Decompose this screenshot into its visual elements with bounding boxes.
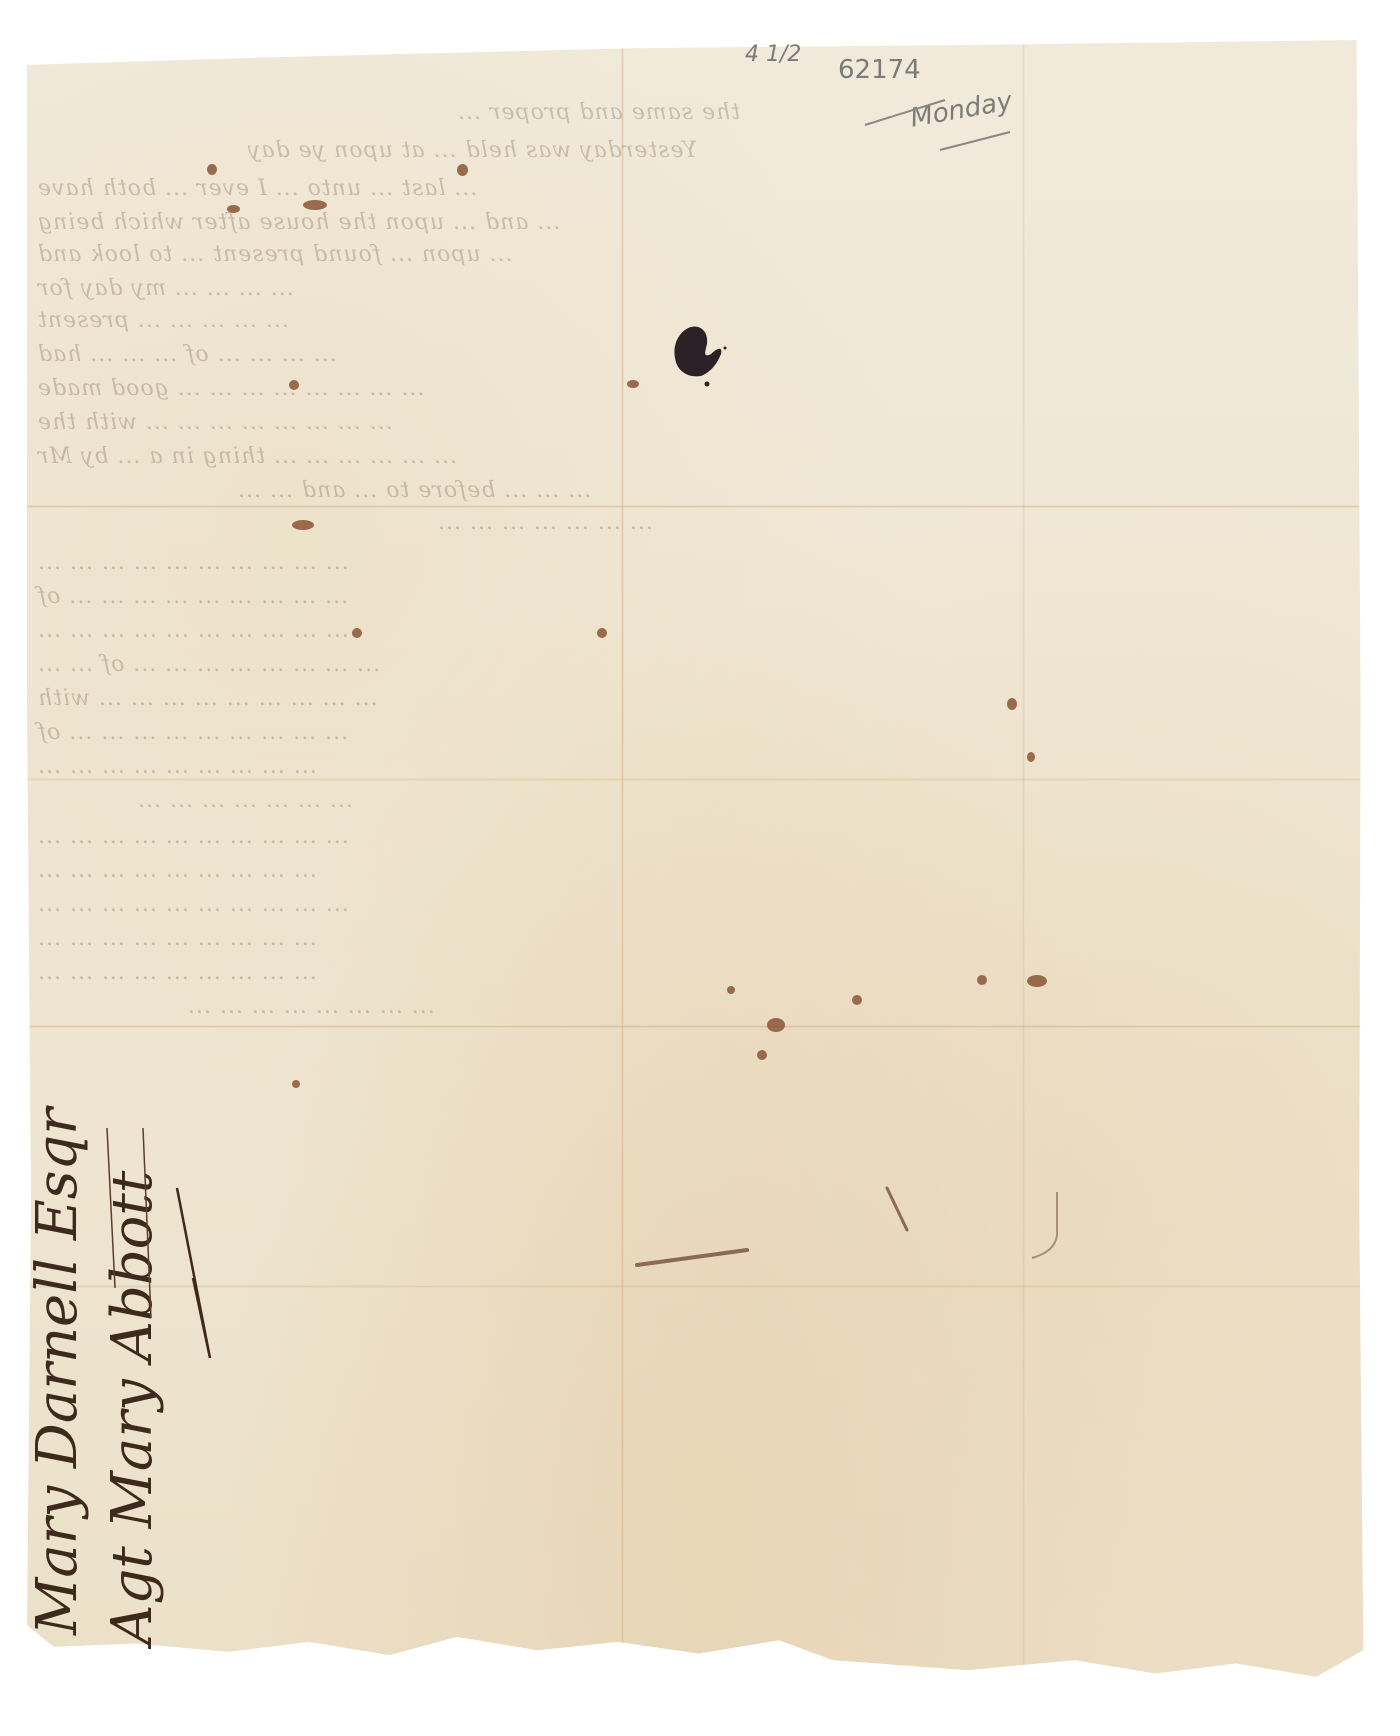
bleed-line: ... ... ... ... ... ... ... ... ... with xyxy=(37,686,378,711)
bleed-line: ... ... ... ... ... ... thing in a ... b… xyxy=(37,444,457,469)
ink-stain xyxy=(852,995,862,1005)
bleed-line: ... ... ... ... ... ... ... ... ... ... xyxy=(37,824,349,849)
bleed-line: the same and proper ... xyxy=(457,100,740,125)
bleed-line: Yesterday was held ... at upon ye day xyxy=(247,138,697,163)
bleed-line: ... ... ... ... ... ... ... ... ... xyxy=(37,960,317,985)
bleed-line: ... ... ... ... ... present xyxy=(37,308,289,333)
pencil-fraction: 4 1/2 xyxy=(745,42,801,67)
bleed-line: ... ... ... ... ... ... ... ... ... ... xyxy=(37,892,349,917)
ink-stain xyxy=(1027,975,1047,987)
ink-stain xyxy=(757,1050,767,1060)
bleed-line: ... ... ... ... of ... ... ... had xyxy=(37,342,337,367)
bleed-line: ... ... ... ... ... ... ... xyxy=(137,788,353,813)
ink-stain xyxy=(227,205,240,213)
docket-line-1: Mary Darnell Esqr xyxy=(25,1108,90,1635)
bleed-line: ... ... ... ... ... ... ... ... ... of xyxy=(37,720,348,745)
bleed-line: ... ... ... ... ... ... ... ... of ... .… xyxy=(37,652,380,677)
ink-stain xyxy=(352,628,362,638)
ink-stain xyxy=(303,200,327,210)
bleed-line: ... ... ... ... ... ... ... ... ... xyxy=(37,858,317,883)
bleed-line: ... ... ... ... ... ... ... ... with the xyxy=(37,410,393,435)
ink-stain xyxy=(597,628,607,638)
ink-stain xyxy=(1027,752,1035,762)
bleed-through-text: the same and proper ... Yesterday was he… xyxy=(37,100,1217,1000)
ink-stain xyxy=(292,1080,300,1088)
ink-stain xyxy=(292,520,314,530)
bleed-line: ... ... ... ... ... ... ... ... good mad… xyxy=(37,376,425,401)
ink-stain xyxy=(977,975,987,985)
bleed-line: ... ... ... ... my day for xyxy=(37,276,294,301)
ink-stain xyxy=(207,164,217,175)
bleed-line: ... ... ... before to ... and ... ... xyxy=(237,478,591,503)
bleed-line: ... ... ... ... ... ... ... ... ... xyxy=(37,926,317,951)
ink-stain xyxy=(767,1018,785,1032)
bleed-line: ... ... ... ... ... ... ... ... ... of xyxy=(37,584,348,609)
bleed-line: ... ... ... ... ... ... ... ... ... ... xyxy=(37,550,349,575)
bleed-line: ... ... ... ... ... ... ... xyxy=(437,510,653,535)
ink-stain xyxy=(627,380,639,388)
ink-stain xyxy=(727,986,735,994)
ink-stain xyxy=(1007,698,1017,710)
ink-stain xyxy=(457,164,468,176)
fold-line-horizontal xyxy=(27,1025,1370,1028)
pencil-underline xyxy=(860,80,1060,160)
bleed-line: ... and ... upon the house after which b… xyxy=(37,210,560,235)
bleed-line: ... upon ... found present ... to look a… xyxy=(37,242,513,267)
bleed-line: ... ... ... ... ... ... ... ... ... ... xyxy=(37,618,349,643)
manuscript-page: the same and proper ... Yesterday was he… xyxy=(27,40,1370,1700)
bleed-line: ... ... ... ... ... ... ... ... xyxy=(187,994,435,1019)
ink-blot xyxy=(667,320,737,400)
bleed-line: ... ... ... ... ... ... ... ... ... xyxy=(37,754,317,779)
ink-stain xyxy=(289,380,299,390)
docket-flourish xyxy=(95,1128,235,1378)
bleed-line: ... last ... unto ... I ever ... both ha… xyxy=(37,176,477,201)
pen-strokes xyxy=(627,1180,1087,1300)
